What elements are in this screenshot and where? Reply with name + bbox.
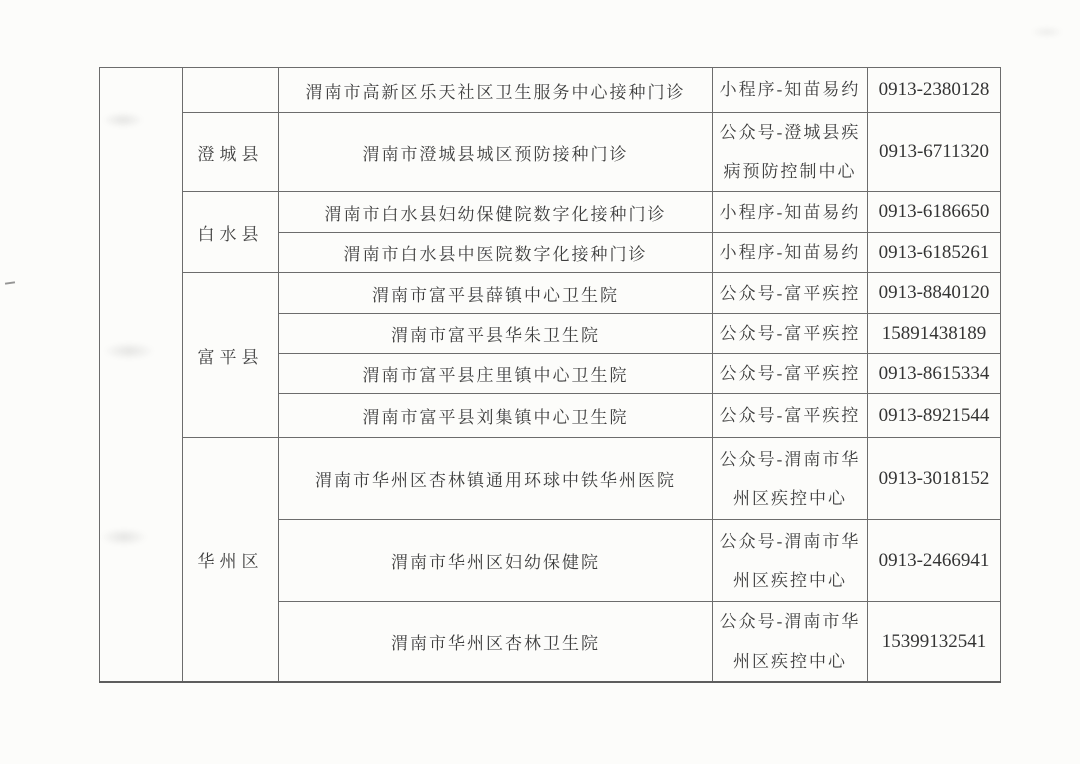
table-row: 渭南市高新区乐天社区卫生服务中心接种门诊 小程序-知苗易约 0913-23801… [100, 68, 1001, 113]
clinic-cell: 渭南市澄城县城区预防接种门诊 [279, 113, 713, 192]
clinic-cell: 渭南市富平县薛镇中心卫生院 [279, 273, 713, 314]
booking-cell: 小程序-知苗易约 [713, 192, 868, 233]
table-row: 富平县 渭南市富平县薛镇中心卫生院 公众号-富平疾控 0913-8840120 [100, 273, 1001, 314]
booking-cell: 公众号-渭南市华州区疾控中心 [713, 520, 868, 602]
phone-cell: 0913-2380128 [868, 68, 1001, 113]
booking-cell: 公众号-渭南市华州区疾控中心 [713, 438, 868, 520]
booking-cell: 公众号-富平疾控 [713, 314, 868, 354]
clinic-cell: 渭南市华州区妇幼保健院 [279, 520, 713, 602]
clinic-cell: 渭南市华州区杏林卫生院 [279, 602, 713, 682]
phone-cell: 0913-6185261 [868, 233, 1001, 273]
clinic-cell: 渭南市富平县刘集镇中心卫生院 [279, 394, 713, 438]
phone-cell: 0913-8921544 [868, 394, 1001, 438]
phone-cell: 0913-3018152 [868, 438, 1001, 520]
county-cell [183, 68, 279, 113]
booking-cell: 公众号-富平疾控 [713, 394, 868, 438]
clinic-cell: 渭南市富平县华朱卫生院 [279, 314, 713, 354]
county-cell: 华州区 [183, 438, 279, 682]
city-cell [100, 68, 183, 682]
booking-cell: 公众号-富平疾控 [713, 273, 868, 314]
clinic-cell: 渭南市白水县妇幼保健院数字化接种门诊 [279, 192, 713, 233]
booking-cell: 公众号-富平疾控 [713, 354, 868, 394]
clinic-cell: 渭南市白水县中医院数字化接种门诊 [279, 233, 713, 273]
booking-cell: 小程序-知苗易约 [713, 233, 868, 273]
phone-cell: 0913-8615334 [868, 354, 1001, 394]
scan-stray-mark [5, 281, 15, 284]
county-cell: 富平县 [183, 273, 279, 438]
phone-cell: 15399132541 [868, 602, 1001, 682]
table-row: 白水县 渭南市白水县妇幼保健院数字化接种门诊 小程序-知苗易约 0913-618… [100, 192, 1001, 233]
vaccination-clinic-table: 渭南市高新区乐天社区卫生服务中心接种门诊 小程序-知苗易约 0913-23801… [99, 67, 1001, 683]
booking-cell: 公众号-澄城县疾病预防控制中心 [713, 113, 868, 192]
phone-cell: 0913-6711320 [868, 113, 1001, 192]
table-row: 澄城县 渭南市澄城县城区预防接种门诊 公众号-澄城县疾病预防控制中心 0913-… [100, 113, 1001, 192]
scanned-document-page: 渭南市高新区乐天社区卫生服务中心接种门诊 小程序-知苗易约 0913-23801… [0, 0, 1080, 764]
booking-cell: 小程序-知苗易约 [713, 68, 868, 113]
scan-smudge [1030, 26, 1064, 38]
clinic-cell: 渭南市富平县庄里镇中心卫生院 [279, 354, 713, 394]
table-row: 华州区 渭南市华州区杏林镇通用环球中铁华州医院 公众号-渭南市华州区疾控中心 0… [100, 438, 1001, 520]
phone-cell: 0913-8840120 [868, 273, 1001, 314]
clinic-cell: 渭南市高新区乐天社区卫生服务中心接种门诊 [279, 68, 713, 113]
county-cell: 澄城县 [183, 113, 279, 192]
booking-cell: 公众号-渭南市华州区疾控中心 [713, 602, 868, 682]
phone-cell: 0913-6186650 [868, 192, 1001, 233]
county-cell: 白水县 [183, 192, 279, 273]
clinic-cell: 渭南市华州区杏林镇通用环球中铁华州医院 [279, 438, 713, 520]
phone-cell: 0913-2466941 [868, 520, 1001, 602]
phone-cell: 15891438189 [868, 314, 1001, 354]
